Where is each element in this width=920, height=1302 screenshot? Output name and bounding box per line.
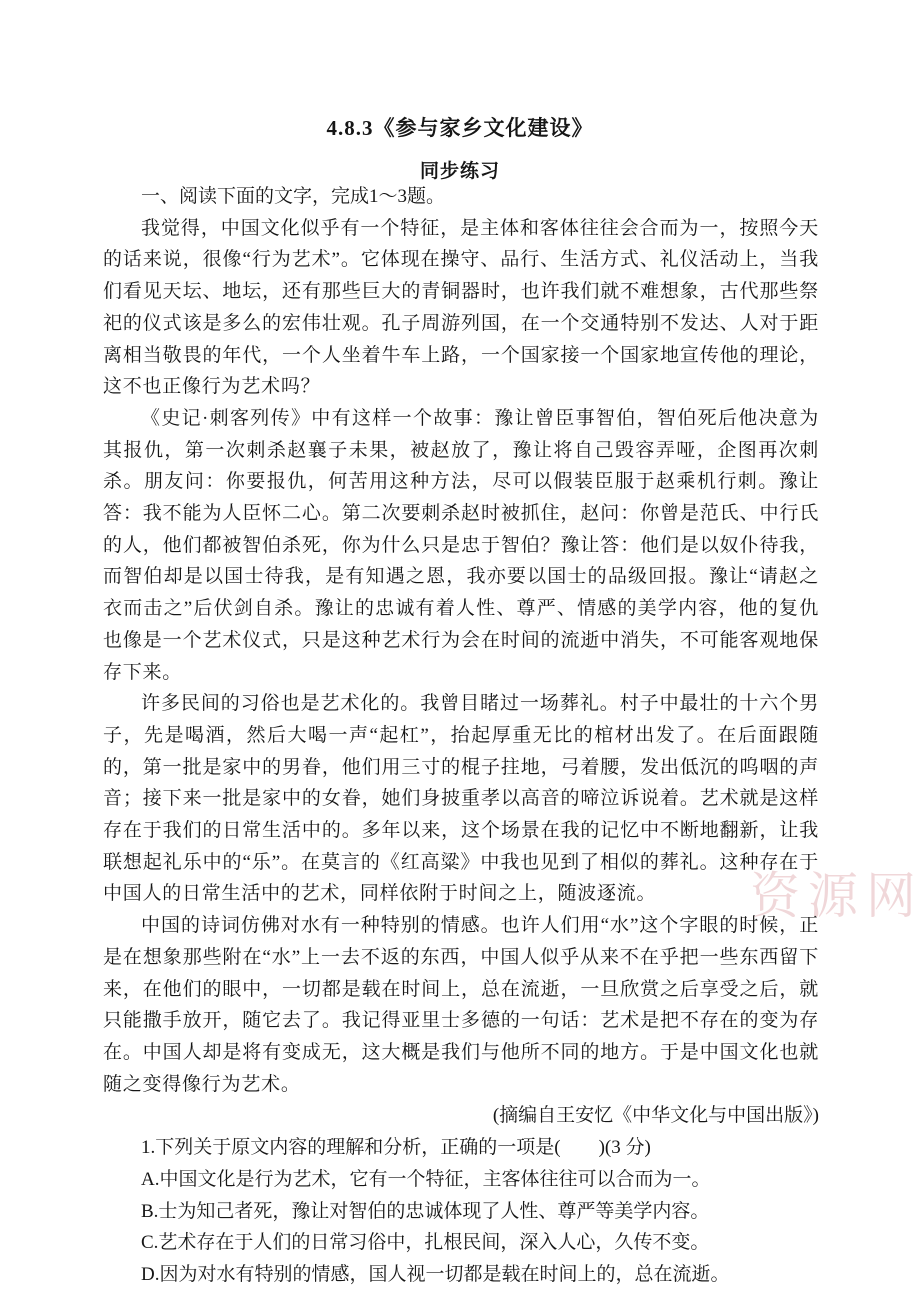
- page-title: 4.8.3《参与家乡文化建设》: [0, 112, 920, 142]
- passage-paragraph-1: 我觉得，中国文化似乎有一个特征，是主体和客体往往会合而为一，按照今天的话来说，很…: [103, 213, 819, 403]
- question-1-option-b: B.士为知己者死，豫让对智伯的忠诚体现了人性、尊严等美学内容。: [103, 1196, 819, 1228]
- passage-paragraph-4: 中国的诗词仿佛对水有一种特别的情感。也许人们用“水”这个字眼的时候，正是在想象那…: [103, 910, 819, 1100]
- page-subtitle: 同步练习: [0, 156, 920, 183]
- question-1-option-a: A.中国文化是行为艺术，它有一个特征，主客体往往可以合而为一。: [103, 1164, 819, 1196]
- question-1-option-c: C.艺术存在于人们的日常习俗中，扎根民间，深入人心，久传不变。: [103, 1227, 819, 1259]
- question-1-stem: 1.下列关于原文内容的理解和分析，正确的一项是( )(3 分): [103, 1132, 819, 1164]
- passage-paragraph-3: 许多民间的习俗也是艺术化的。我曾目睹过一场葬礼。村子中最壮的十六个男子，先是喝酒…: [103, 688, 819, 910]
- document-page: 资源网 4.8.3《参与家乡文化建设》 同步练习 一、阅读下面的文字，完成1～3…: [0, 0, 920, 1302]
- document-body: 一、阅读下面的文字，完成1～3题。 我觉得，中国文化似乎有一个特征，是主体和客体…: [103, 181, 819, 1291]
- question-1-option-d: D.因为对水有特别的情感，国人视一切都是载在时间上的，总在流逝。: [103, 1259, 819, 1291]
- section-instruction: 一、阅读下面的文字，完成1～3题。: [103, 181, 819, 213]
- passage-attribution: (摘编自王安忆《中华文化与中国出版》): [103, 1100, 819, 1132]
- passage-paragraph-2: 《史记·刺客列传》中有这样一个故事：豫让曾臣事智伯，智伯死后他决意为其报仇，第一…: [103, 403, 819, 688]
